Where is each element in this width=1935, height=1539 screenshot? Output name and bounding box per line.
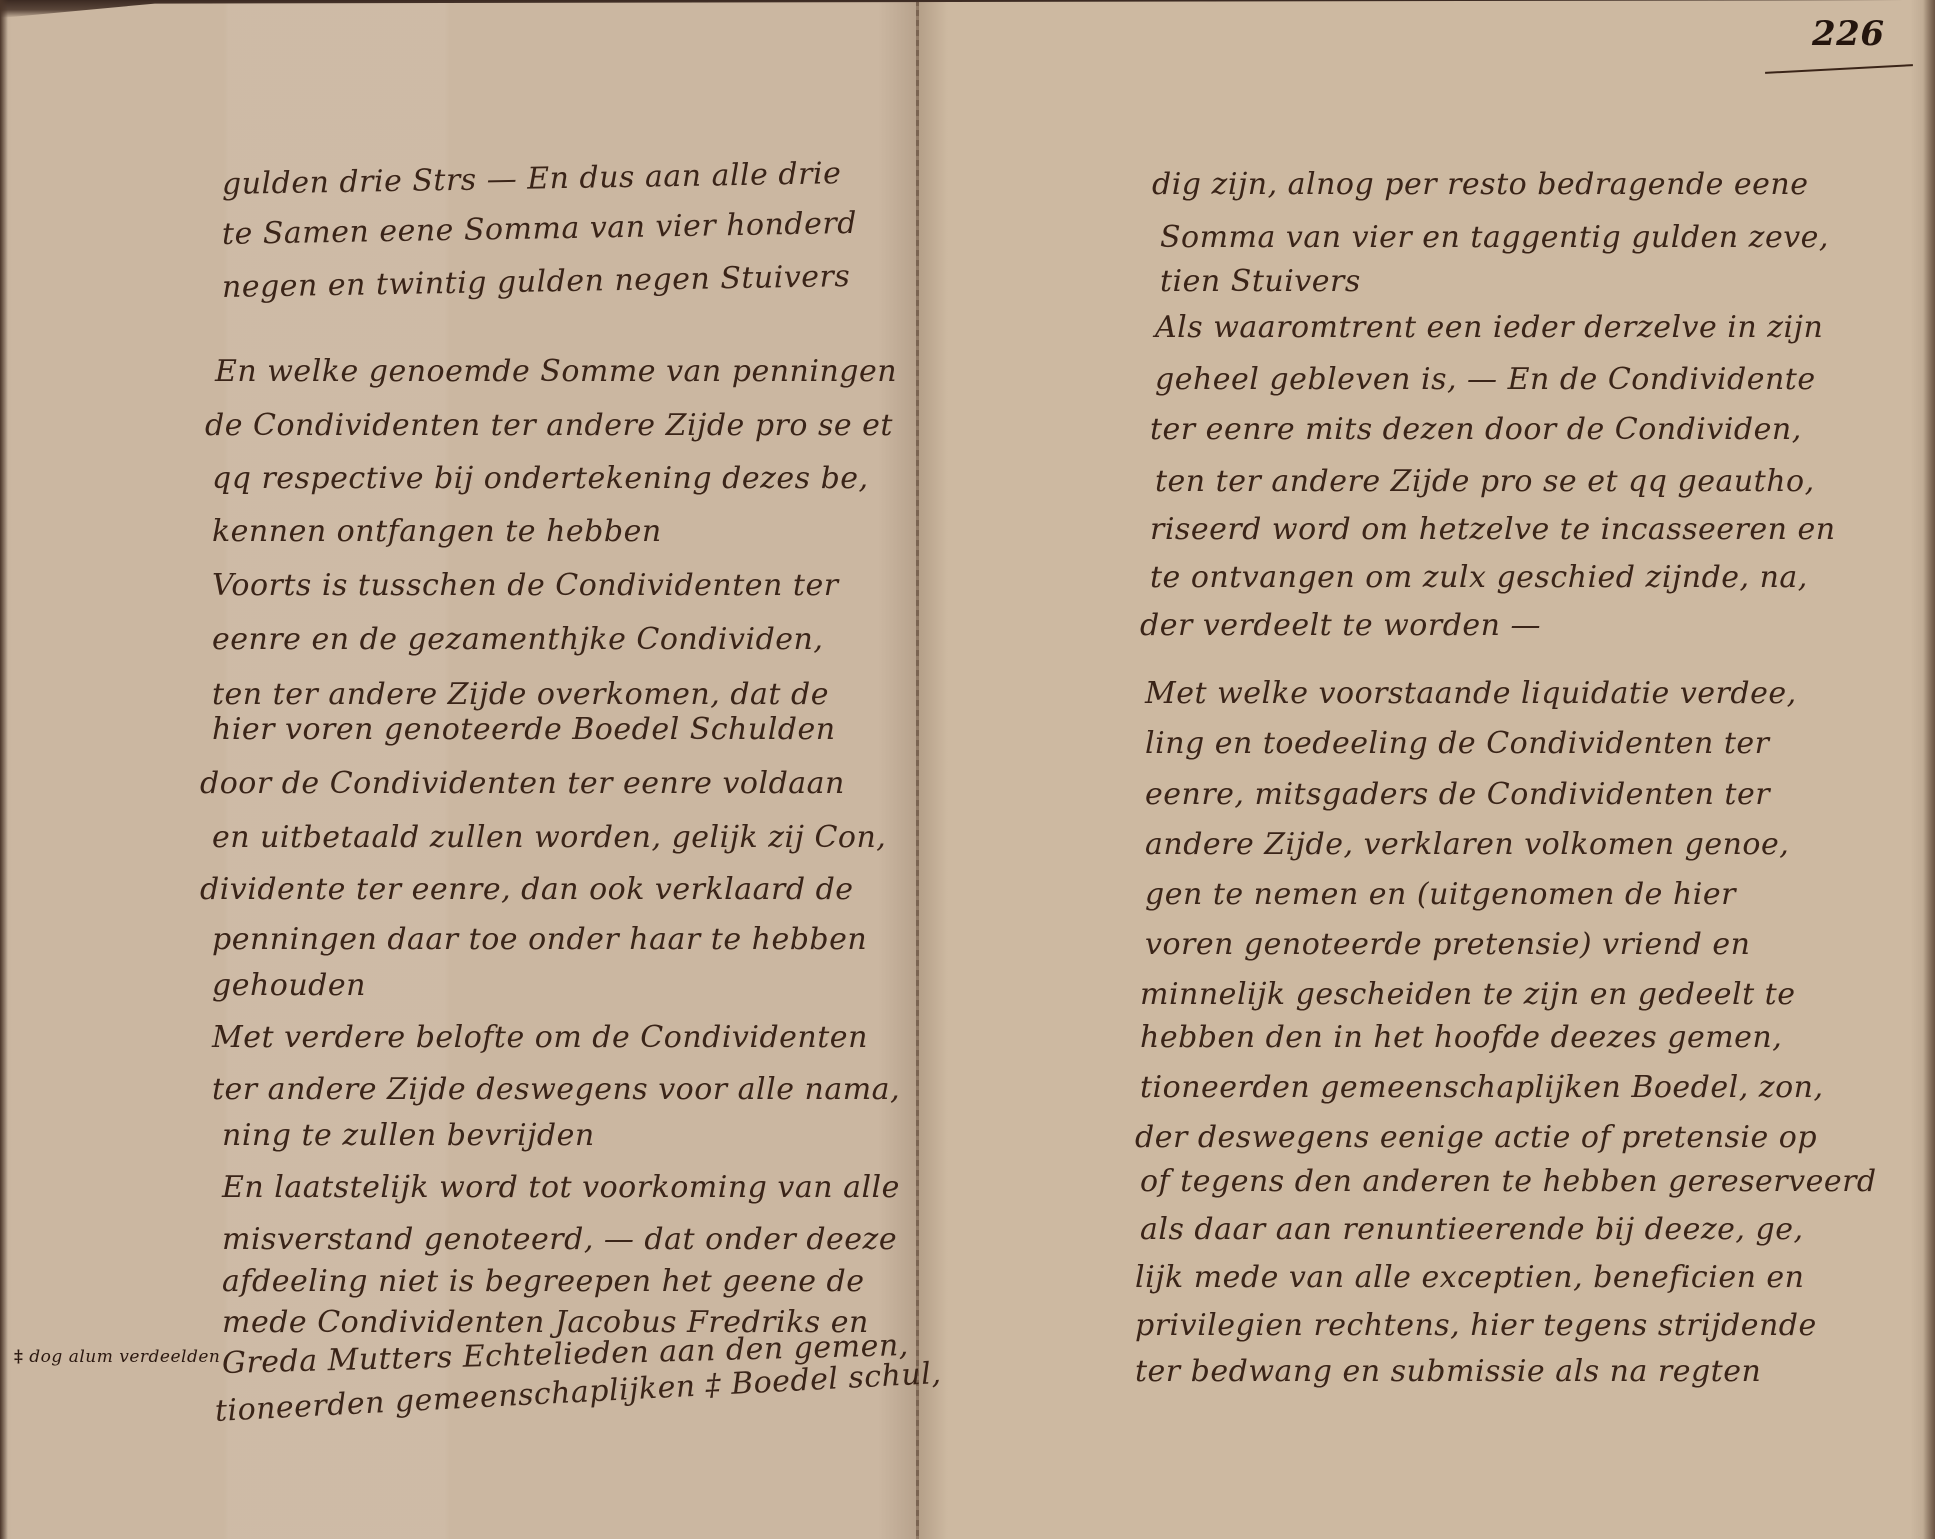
left-line-16: gehouden — [212, 966, 366, 1006]
right-line-10: der verdeelt te worden — — [1140, 606, 1541, 646]
right-line-5: geheel gebleven is, — En de Condividente — [1155, 360, 1816, 400]
left-edge-shadow — [0, 0, 8, 1539]
right-line-4: Als waaromtrent een ieder derzelve in zi… — [1155, 308, 1823, 348]
right-line-21: of tegens den anderen te hebben gereserv… — [1140, 1162, 1877, 1202]
left-line-5: de Condividenten ter andere Zijde pro se… — [205, 406, 893, 446]
right-line-14: andere Zijde, verklaren volkomen genoe, — [1145, 825, 1789, 865]
left-line-4: En welke genoemde Somme van penningen — [215, 352, 897, 392]
right-line-9: te ontvangen om zulx geschied zijnde, na… — [1150, 558, 1808, 598]
page-number: 226 — [1812, 14, 1884, 54]
margin-note: ‡ dog alum verdeelden — [14, 1346, 220, 1368]
right-line-22: als daar aan renuntieerende bij deeze, g… — [1140, 1210, 1804, 1250]
right-line-23: lijk mede van alle exceptien, beneficien… — [1135, 1258, 1805, 1298]
right-line-7: ten ter andere Zijde pro se et qq geauth… — [1155, 462, 1815, 502]
right-line-18: hebben den in het hoofde deezes gemen, — [1140, 1018, 1782, 1058]
left-line-10: ten ter andere Zijde overkomen, dat de — [212, 675, 829, 715]
left-line-20: En laatstelijk word tot voorkoming van a… — [222, 1168, 900, 1208]
right-line-15: gen te nemen en (uitgenomen de hier — [1145, 875, 1736, 915]
right-edge-shadow — [1923, 0, 1935, 1539]
right-line-2: Somma van vier en taggentig gulden zeve, — [1160, 218, 1829, 258]
right-line-3: tien Stuivers — [1160, 262, 1361, 302]
right-line-25: ter bedwang en submissie als na regten — [1135, 1352, 1761, 1392]
left-line-19: ning te zullen bevrijden — [222, 1116, 595, 1156]
right-line-20: der deswegens eenige actie of pretensie … — [1135, 1118, 1817, 1158]
left-line-18: ter andere Zijde deswegens voor alle nam… — [212, 1070, 900, 1110]
left-line-17: Met verdere belofte om de Condividenten — [212, 1018, 868, 1058]
right-line-24: privilegien rechtens, hier tegens strijd… — [1135, 1306, 1817, 1346]
left-line-6: qq respective bij ondertekening dezes be… — [212, 459, 869, 499]
left-line-12: door de Condividenten ter eenre voldaan — [200, 764, 845, 804]
left-line-8: Voorts is tusschen de Condividenten ter — [212, 566, 839, 606]
right-line-19: tioneerden gemeenschaplijken Boedel, zon… — [1140, 1068, 1824, 1108]
right-line-11: Met welke voorstaande liquidatie verdee, — [1145, 674, 1797, 714]
right-line-8: riseerd word om hetzelve te incasseeren … — [1150, 510, 1836, 550]
left-line-21: misverstand genoteerd, — dat onder deeze — [222, 1220, 897, 1260]
margin-note-text: dog alum verdeelden — [29, 1347, 220, 1367]
book-spread: 226 gulden drie Strs — En dus aan alle d… — [0, 0, 1935, 1539]
left-line-22: afdeeling niet is begreepen het geene de — [222, 1262, 865, 1302]
footnote-marker-icon: ‡ — [14, 1347, 23, 1367]
right-line-6: ter eenre mits dezen door de Condividen, — [1150, 410, 1802, 450]
book-gutter — [916, 0, 919, 1539]
left-line-14: dividente ter eenre, dan ook verklaard d… — [200, 870, 854, 910]
left-line-9: eenre en de gezamenthjke Condividen, — [212, 620, 823, 660]
left-line-7: kennen ontfangen te hebben — [212, 512, 662, 552]
right-line-1: dig zijn, alnog per resto bedragende een… — [1152, 165, 1808, 205]
right-line-13: eenre, mitsgaders de Condividenten ter — [1145, 775, 1770, 815]
left-line-13: en uitbetaald zullen worden, gelijk zij … — [212, 818, 886, 858]
right-line-17: minnelijk gescheiden te zijn en gedeelt … — [1140, 975, 1795, 1015]
right-line-16: voren genoteerde pretensie) vriend en — [1145, 925, 1750, 965]
right-line-12: ling en toedeeling de Condividenten ter — [1145, 724, 1769, 764]
left-line-11: hier voren genoteerde Boedel Schulden — [212, 710, 836, 750]
left-line-15: penningen daar toe onder haar te hebben — [212, 920, 867, 960]
